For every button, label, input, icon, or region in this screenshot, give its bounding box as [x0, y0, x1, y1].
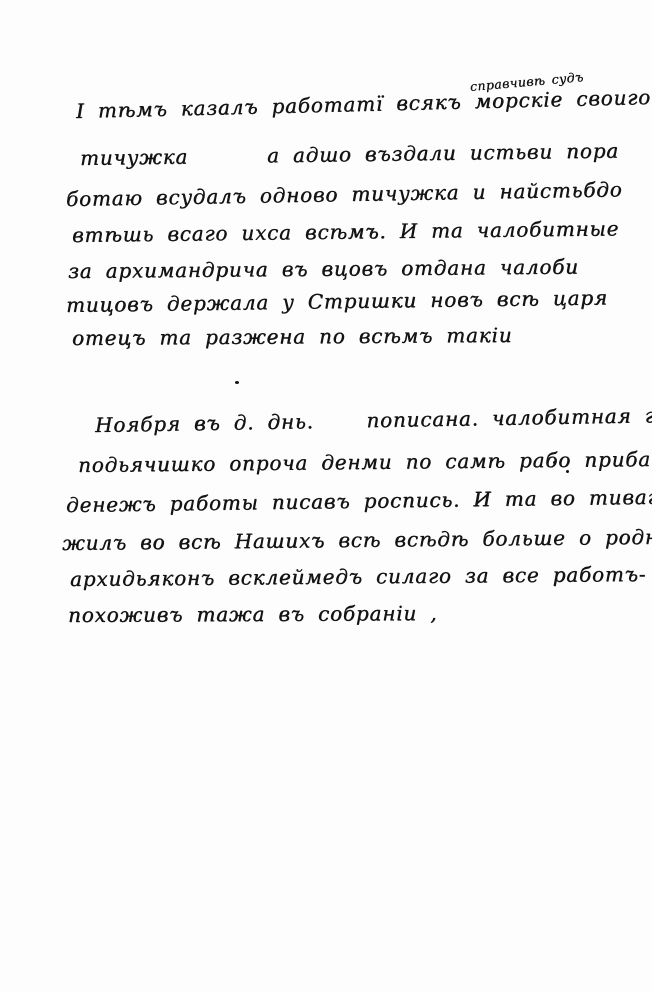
manuscript-line: подьячишко опроча денми по самѣ рабо при…: [78, 446, 651, 478]
manuscript-line: отецъ та разжена по всѣмъ такіи: [72, 322, 513, 351]
manuscript-page: справчивѣ судъ І тѣмъ казалъ работатї вс…: [0, 0, 652, 992]
manuscript-line: похоживъ тажа въ собраніи ,: [68, 600, 438, 628]
manuscript-line: Ноября въ д. днь. пописана. чалобитная г…: [95, 401, 652, 438]
ink-speck: [553, 461, 556, 464]
manuscript-line: ботаю всудалъ одново тичужка и найстьбдо: [66, 176, 623, 212]
manuscript-line: архидьяконъ всклеймедъ силаго за все раб…: [70, 561, 646, 592]
manuscript-line: тицовъ держала у Стришки новъ всѣ царя: [66, 284, 608, 318]
manuscript-line: тичужка а адшо въздали истьви пора: [80, 137, 619, 171]
manuscript-line: жилъ во всѣ Нашихъ всѣ всѣдѣ больше о ро…: [62, 523, 652, 556]
ink-speck: [566, 470, 569, 473]
manuscript-line: денежъ работы писавъ роспись. И та во ти…: [66, 484, 652, 518]
manuscript-line: за архимандрича въ вцовъ отдана чалоби: [68, 254, 579, 284]
manuscript-line: втѣшь всаго ихса всѣмъ. И та чалобитные: [72, 215, 619, 248]
ink-speck: [235, 381, 239, 384]
manuscript-line: І тѣмъ казалъ работатї всякъ морскіе сво…: [76, 84, 651, 124]
